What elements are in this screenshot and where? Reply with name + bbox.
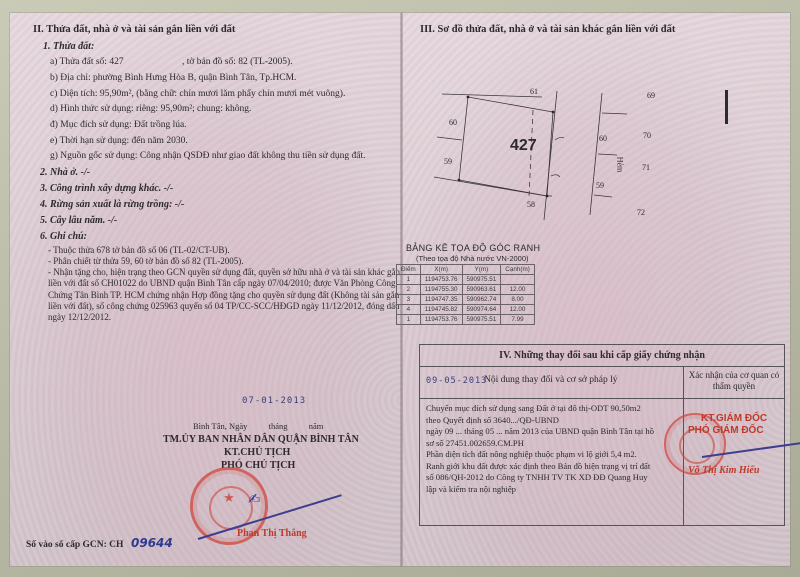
on-behalf-title: KT.CHỦ TỊCH <box>224 447 290 458</box>
house-heading: 2. Nhà ở. -/- <box>40 167 90 178</box>
place-date-line: Bình Tân, Ngày tháng năm <box>193 421 323 431</box>
land-use-term: e) Thời hạn sử dụng: đến năm 2030. <box>50 136 188 146</box>
coords-cell: 590963.61 <box>462 285 501 295</box>
coords-header-2: Y(m) <box>462 265 501 275</box>
coords-row: 41194745.82590974.6412.00 <box>397 305 535 315</box>
changes-table: IV. Những thay đổi sau khi cấp giấy chứn… <box>419 344 785 526</box>
coords-cell <box>501 275 535 285</box>
coords-row: 31194747.35590962.748.00 <box>397 295 535 305</box>
land-use-purpose: đ) Mục đích sử dụng: Đất trồng lúa. <box>50 120 187 130</box>
coords-title: BẢNG KÊ TỌA ĐỘ GÓC RANH <box>406 243 540 253</box>
neighbor-label: 61 <box>530 87 538 96</box>
neighbor-label: 69 <box>647 91 655 100</box>
coords-cell: 1194755.30 <box>420 285 462 295</box>
land-heading: 1. Thửa đất: <box>43 41 94 52</box>
coords-cell: 2 <box>397 285 421 295</box>
land-origin: g) Nguồn gốc sử dụng: Công nhận QSDĐ như… <box>50 151 365 161</box>
coords-cell: 1194745.82 <box>420 305 462 315</box>
section-ii-title: II. Thửa đất, nhà ở và tài sản gắn liền … <box>33 24 235 35</box>
land-address: b) Địa chỉ: phường Bình Hưng Hòa B, quận… <box>50 73 296 83</box>
coords-cell: 12.00 <box>501 305 535 315</box>
road-label: Hẻm <box>615 157 624 173</box>
coords-cell: 590975.51 <box>462 315 501 325</box>
gcn-label: Số vào sổ cấp GCN: CH <box>26 540 123 550</box>
authority-title: TM.ỦY BAN NHÂN DÂN QUẬN BÌNH TÂN <box>163 434 359 445</box>
coords-cell: 8.00 <box>501 295 535 305</box>
confirm-on-behalf: KT.GIÁM ĐỐC <box>701 413 767 424</box>
coords-header-0: Điểm <box>397 265 421 275</box>
forest-heading: 4. Rừng sản xuất là rừng trồng: -/- <box>40 199 184 210</box>
changes-title: IV. Những thay đổi sau khi cấp giấy chứn… <box>420 345 784 367</box>
issue-date-stamp: 07-01-2013 <box>242 396 306 406</box>
parcel-diagram <box>402 0 790 240</box>
col-confirm-header: Xác nhận của cơ quan có thẩm quyền <box>684 366 784 398</box>
coords-table: ĐiểmX(m)Y(m)Cạnh(m) 11194753.76590975.51… <box>396 264 535 325</box>
coords-cell: 1194753.76 <box>420 315 462 325</box>
coords-row: 21194755.30590963.6112.00 <box>397 285 535 295</box>
land-area: c) Diện tích: 95,90m², (bằng chữ: chín m… <box>50 89 345 99</box>
signer-name: Phan Thị Thắng <box>237 528 307 539</box>
coords-header-3: Cạnh(m) <box>501 265 535 275</box>
perennial-heading: 5. Cây lâu năm. -/- <box>40 215 117 226</box>
neighbor-label: 58 <box>527 200 535 209</box>
other-construction-heading: 3. Công trình xây dựng khác. -/- <box>40 183 173 194</box>
neighbor-label: 59 <box>596 181 604 190</box>
coords-cell: 590974.64 <box>462 305 501 315</box>
coords-header-1: X(m) <box>420 265 462 275</box>
coords-cell: 1 <box>397 275 421 285</box>
coords-cell: 7.99 <box>501 315 535 325</box>
coords-subtitle: (Theo tọa độ Nhà nước VN-2000) <box>416 254 529 263</box>
confirm-position: PHÓ GIÁM ĐỐC <box>688 425 764 436</box>
coords-cell: 1194753.76 <box>420 275 462 285</box>
neighbor-label: 71 <box>642 163 650 172</box>
land-use-form: d) Hình thức sử dụng: riêng: 95,90m²; <box>50 104 195 114</box>
coords-cell: 3 <box>397 295 421 305</box>
gcn-number: 09644 <box>131 536 173 550</box>
col-content-header: Nội dung thay đổi và cơ sở pháp lý <box>484 375 618 385</box>
neighbor-label: 60 <box>449 118 457 127</box>
neighbor-label: 70 <box>643 131 651 140</box>
land-parcel-number: a) Thửa đất số: 427 <box>50 57 124 67</box>
neighbor-label: 60 <box>599 134 607 143</box>
note-item: - Nhận tặng cho, hiện trạng theo GCN quy… <box>48 267 403 323</box>
coords-cell: 4 <box>397 305 421 315</box>
coords-row: 11194753.76590975.51 <box>397 275 535 285</box>
neighbor-label: 72 <box>637 208 645 217</box>
change-content: Chuyển mục đích sử dụng sang Đất ở tại đ… <box>426 403 679 495</box>
note-item: - Thuộc thửa 678 tờ bản đồ số 06 (TL-02/… <box>48 245 230 255</box>
confirm-signer: Võ Thị Kim Hiếu <box>688 465 759 476</box>
land-use-shared: chung: không. <box>197 104 251 114</box>
coords-cell: 12.00 <box>501 285 535 295</box>
signature-icon: ✍ <box>248 490 261 508</box>
coords-cell: 1194747.35 <box>420 295 462 305</box>
parcel-number-label: 427 <box>510 137 537 155</box>
coords-cell: 590962.74 <box>462 295 501 305</box>
coords-cell: 590975.51 <box>462 275 501 285</box>
coords-row: 11194753.76590975.517.99 <box>397 315 535 325</box>
coords-cell: 1 <box>397 315 421 325</box>
land-map-sheet: , tờ bản đồ số: 82 (TL-2005). <box>182 57 293 67</box>
note-item: - Phân chiết từ thửa 59, 60 tờ bản đồ số… <box>48 256 243 266</box>
notes-heading: 6. Ghi chú: <box>40 231 87 242</box>
north-arrow-icon <box>725 90 728 124</box>
change-date-stamp: 09-05-2013 <box>426 376 487 386</box>
neighbor-label: 59 <box>444 157 452 166</box>
